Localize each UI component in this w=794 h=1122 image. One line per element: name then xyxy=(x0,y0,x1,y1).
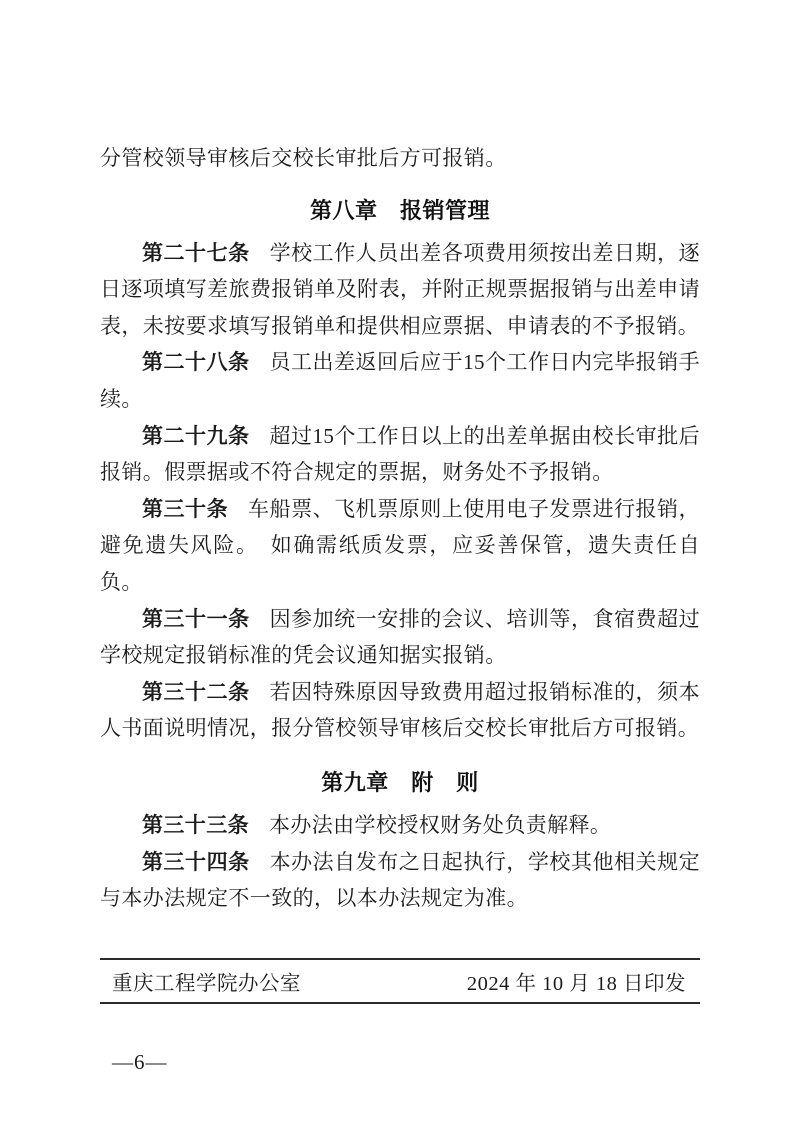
article-30-number: 第三十条 xyxy=(142,497,228,521)
article-28: 第二十八条员工出差返回后应于15个工作日内完毕报销手续。 xyxy=(100,344,700,417)
article-31-number: 第三十一条 xyxy=(142,607,250,631)
document-page: 分管校领导审核后交校长审批后方可报销。 第八章 报销管理 第二十七条学校工作人员… xyxy=(0,0,794,1122)
article-34: 第三十四条本办法自发布之日起执行，学校其他相关规定与本办法规定不一致的，以本办法… xyxy=(100,844,700,917)
chapter-8-heading: 第八章 报销管理 xyxy=(100,193,700,229)
article-32: 第三十二条若因特殊原因导致费用超过报销标准的，须本人书面说明情况，报分管校领导审… xyxy=(100,674,700,747)
article-30: 第三十条车船票、飞机票原则上使用电子发票进行报销，避免遗失风险。 如确需纸质发票… xyxy=(100,491,700,601)
article-34-number: 第三十四条 xyxy=(142,850,250,874)
footer-issuer: 重庆工程学院办公室 xyxy=(112,966,301,996)
article-33-number: 第三十三条 xyxy=(142,813,249,837)
article-27-number: 第二十七条 xyxy=(142,241,250,265)
article-27: 第二十七条学校工作人员出差各项费用须按出差日期，逐日逐项填写差旅费报销单及附表，… xyxy=(100,235,700,345)
article-31: 第三十一条因参加统一安排的会议、培训等，食宿费超过学校规定报销标准的凭会议通知据… xyxy=(100,601,700,674)
continuation-paragraph: 分管校领导审核后交校长审批后方可报销。 xyxy=(100,140,700,177)
article-29: 第二十九条超过15个工作日以上的出差单据由校长审批后报销。假票据或不符合规定的票… xyxy=(100,418,700,491)
article-33: 第三十三条本办法由学校授权财务处负责解释。 xyxy=(100,807,700,844)
footer-colophon: 重庆工程学院办公室 2024 年 10 月 18 日印发 xyxy=(100,958,700,1004)
page-number: —6— xyxy=(100,1050,700,1075)
document-body: 分管校领导审核后交校长审批后方可报销。 第八章 报销管理 第二十七条学校工作人员… xyxy=(100,140,700,917)
article-29-number: 第二十九条 xyxy=(142,424,250,448)
article-33-text: 本办法由学校授权财务处负责解释。 xyxy=(269,813,611,837)
article-28-number: 第二十八条 xyxy=(142,350,250,374)
chapter-9-heading: 第九章 附 则 xyxy=(100,765,700,801)
footer-print-date: 2024 年 10 月 18 日印发 xyxy=(467,966,686,996)
article-32-number: 第三十二条 xyxy=(142,680,250,704)
